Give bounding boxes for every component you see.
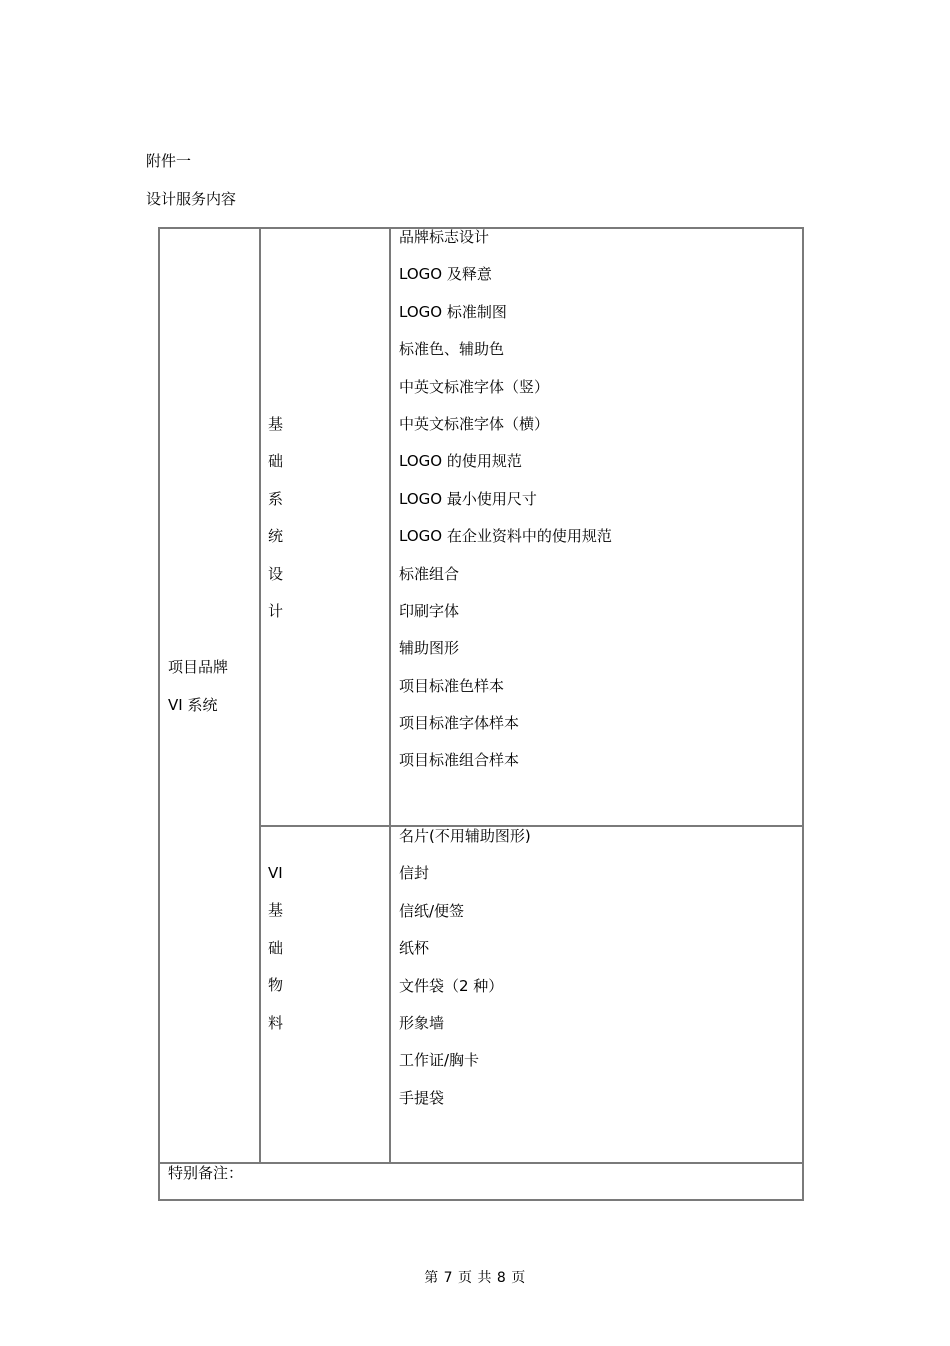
list-item: 文件袋（2 种） — [399, 976, 531, 1013]
group-items-vi-basic-materials: 名片(不用辅助图形) 信封 信纸/便签 纸杯 文件袋（2 种） 形象墙 工作证/… — [399, 826, 531, 1125]
table-border-right — [802, 227, 804, 1201]
list-item: 标准色、辅助色 — [399, 339, 612, 376]
list-item: 信封 — [399, 863, 531, 900]
group-label-vi-basic-materials: VI 基 础 物 料 — [268, 863, 283, 1050]
group-divider — [259, 825, 804, 827]
list-item: 项目标准字体样本 — [399, 713, 612, 750]
remarks-divider — [158, 1162, 804, 1164]
list-item: 品牌标志设计 — [399, 227, 612, 264]
list-item: 手提袋 — [399, 1088, 531, 1125]
column-divider-2 — [389, 227, 391, 1164]
group-label-char: VI — [268, 863, 283, 900]
list-item: 工作证/胸卡 — [399, 1050, 531, 1087]
group-label-char: 础 — [268, 451, 283, 488]
section-title: 设计服务内容 — [146, 189, 236, 209]
group-label-char: 料 — [268, 1013, 283, 1050]
list-item: 辅助图形 — [399, 638, 612, 675]
list-item: 信纸/便签 — [399, 901, 531, 938]
list-item: LOGO 在企业资料中的使用规范 — [399, 526, 612, 563]
group-label-char: 计 — [268, 601, 283, 638]
page-indicator: 第 7 页 共 8 页 — [0, 1268, 950, 1288]
group-label-char: 础 — [268, 938, 283, 975]
list-item: LOGO 的使用规范 — [399, 451, 612, 488]
table-border-left — [158, 227, 160, 1201]
list-item: 纸杯 — [399, 938, 531, 975]
group-label-char: 基 — [268, 900, 283, 937]
list-item: 中英文标准字体（横） — [399, 414, 612, 451]
list-item: LOGO 及释意 — [399, 264, 612, 301]
group-label-char: 物 — [268, 975, 283, 1012]
group-label-char: 设 — [268, 564, 283, 601]
list-item: 名片(不用辅助图形) — [399, 826, 531, 863]
group-label-basic-system-design: 基 础 系 统 设 计 — [268, 414, 283, 638]
list-item: 标准组合 — [399, 564, 612, 601]
category-line-1: 项目品牌 — [168, 657, 228, 677]
category-line-2: VI 系统 — [168, 695, 217, 715]
group-label-char: 基 — [268, 414, 283, 451]
table-border-bottom — [158, 1199, 804, 1201]
column-divider-1 — [259, 227, 261, 1164]
list-item: 项目标准组合样本 — [399, 750, 612, 787]
list-item: LOGO 标准制图 — [399, 302, 612, 339]
group-items-basic-system-design: 品牌标志设计 LOGO 及释意 LOGO 标准制图 标准色、辅助色 中英文标准字… — [399, 227, 612, 788]
list-item: 印刷字体 — [399, 601, 612, 638]
list-item: 项目标准色样本 — [399, 676, 612, 713]
remarks-label: 特别备注： — [168, 1163, 243, 1183]
group-label-char: 统 — [268, 526, 283, 563]
list-item: 形象墙 — [399, 1013, 531, 1050]
attachment-title: 附件一 — [146, 151, 191, 171]
group-label-char: 系 — [268, 489, 283, 526]
list-item: LOGO 最小使用尺寸 — [399, 489, 612, 526]
list-item: 中英文标准字体（竖） — [399, 377, 612, 414]
